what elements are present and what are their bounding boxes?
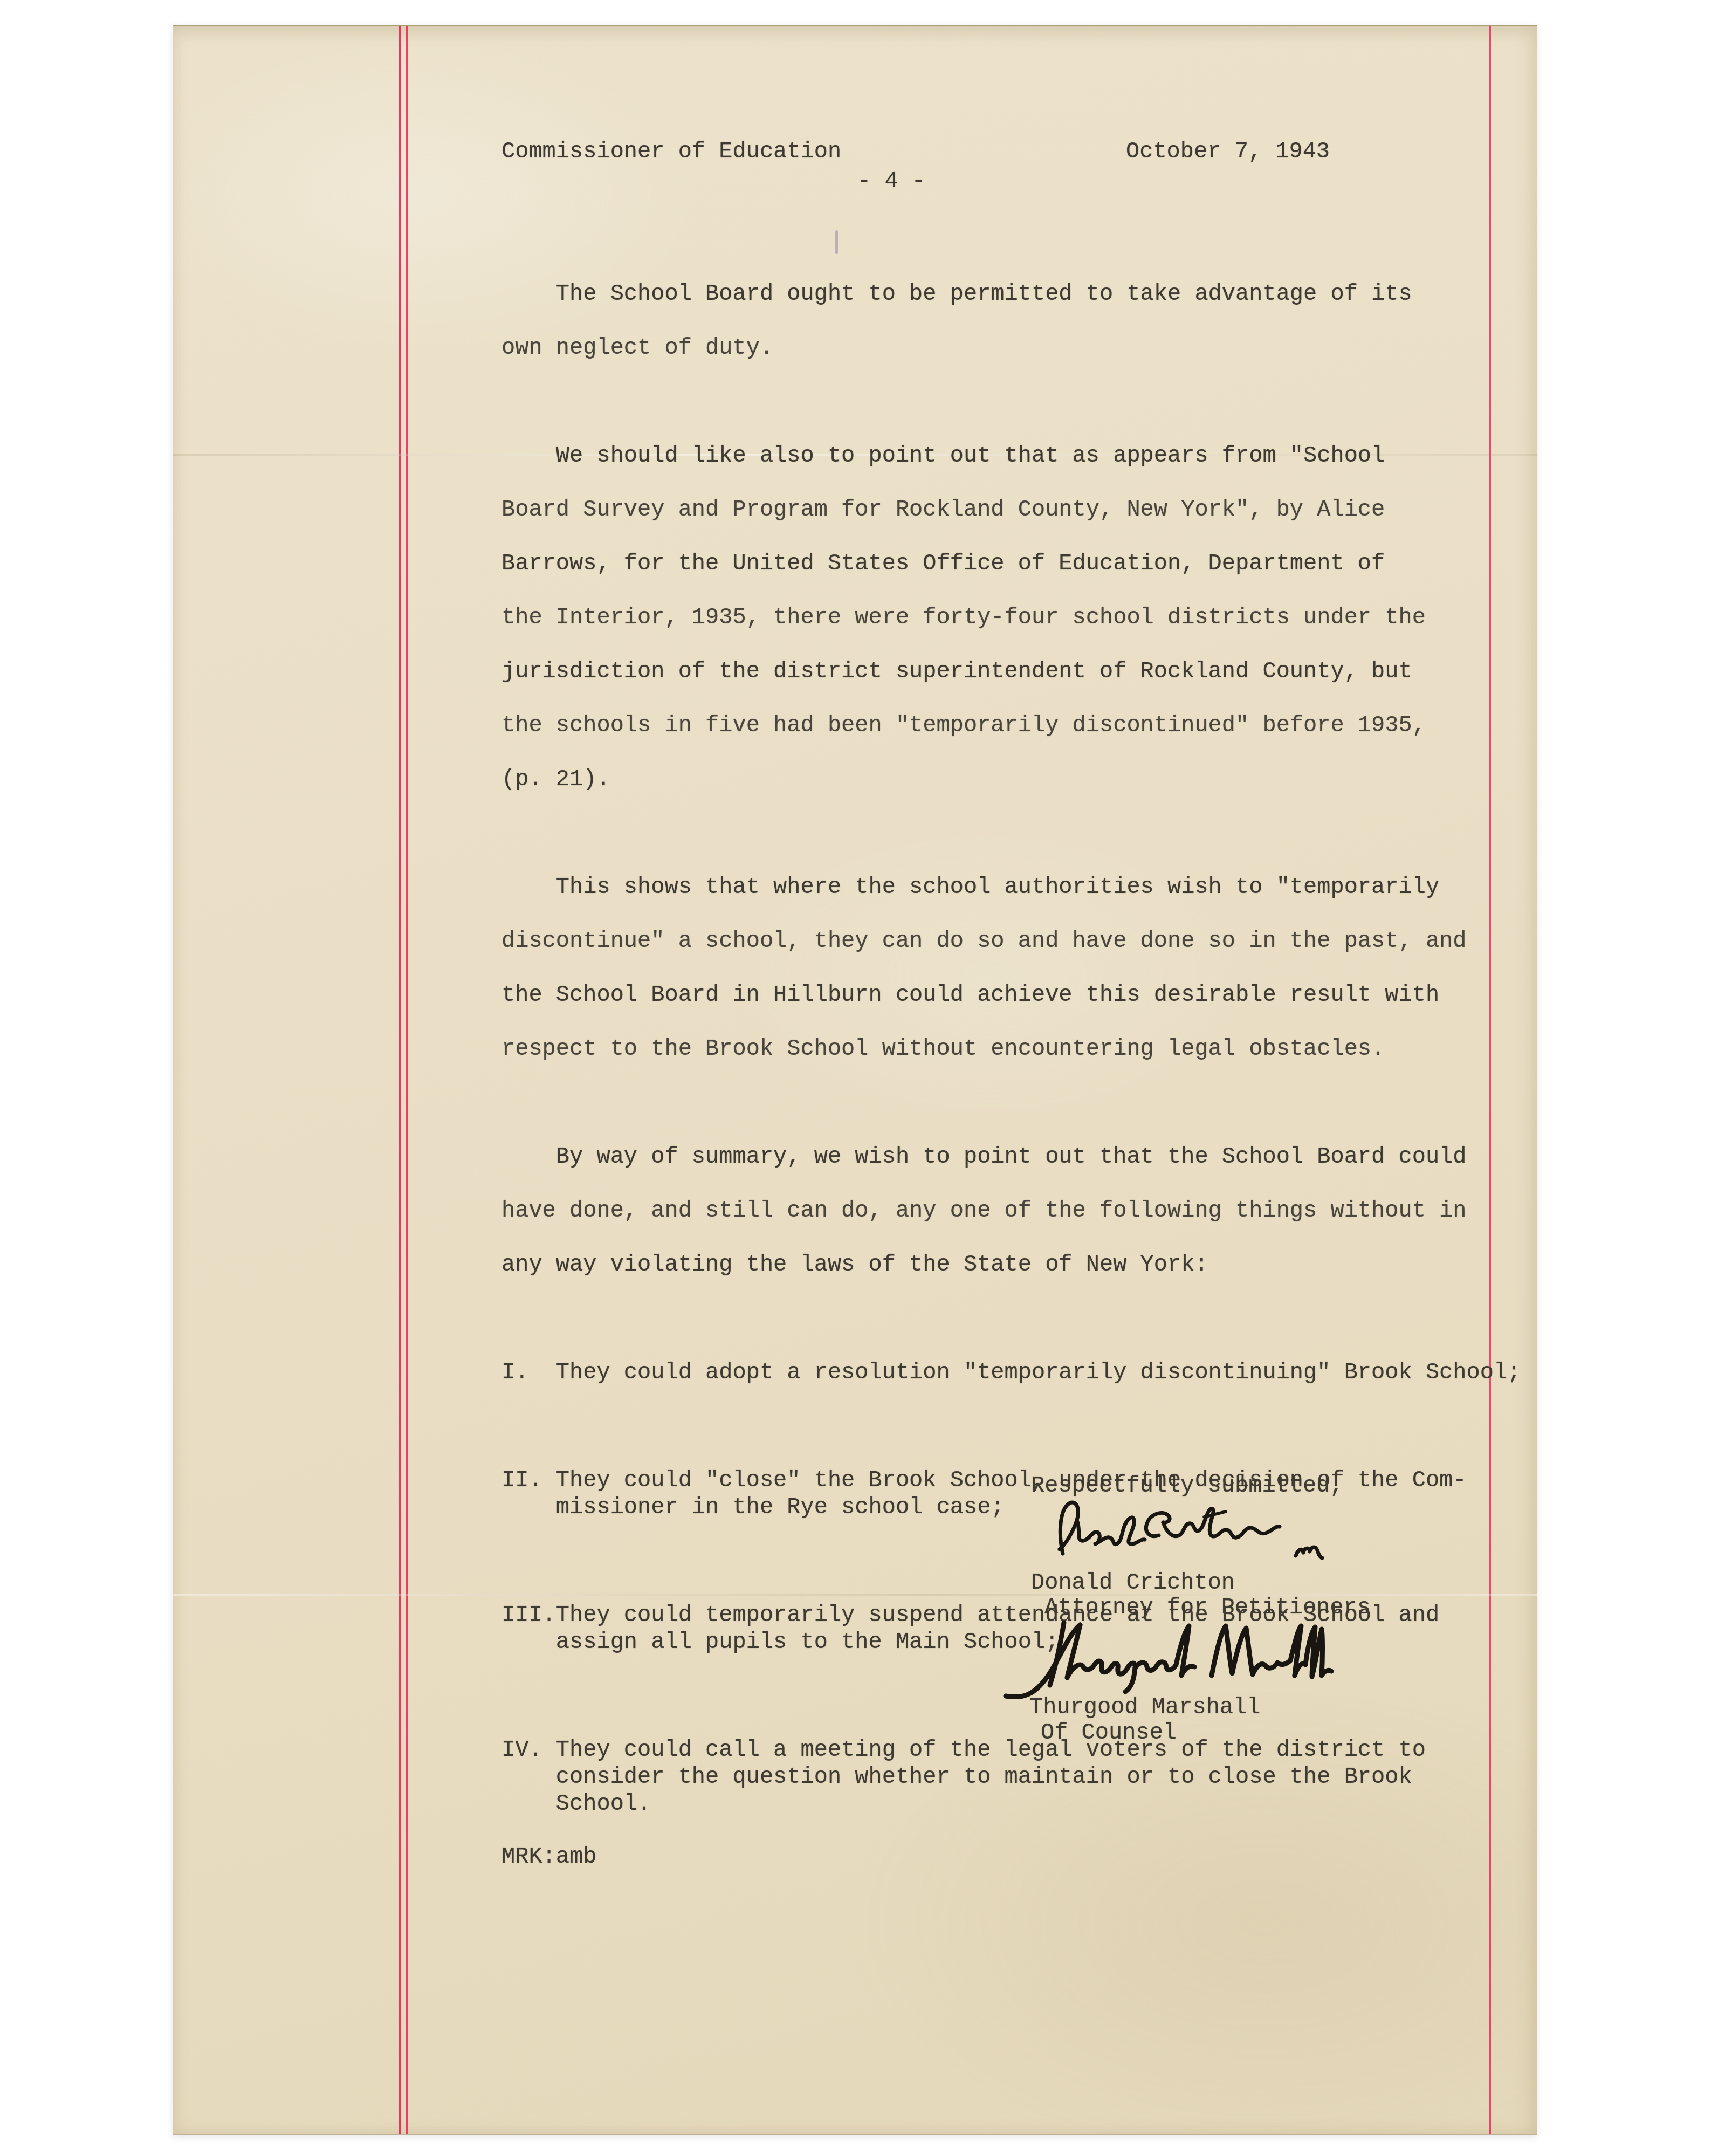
text-line: We should like also to point out that as… — [501, 442, 1558, 469]
page-number: - 4 - — [857, 168, 925, 195]
text-line: the schools in five had been "temporaril… — [501, 712, 1558, 739]
text-line: own neglect of duty. — [501, 334, 1558, 361]
left-margin-rule-inner — [406, 26, 408, 2134]
list-item-4: IV. They could call a meeting of the leg… — [501, 1736, 1558, 1817]
text-line: the Interior, 1935, there were forty-fou… — [501, 604, 1558, 631]
donald-crichton-signature — [1043, 1489, 1345, 1570]
signatory-title: Of Counsel — [1041, 1719, 1177, 1746]
text-line: jurisdiction of the district superintend… — [501, 658, 1558, 685]
left-margin-rule — [399, 26, 401, 2134]
text-line: This shows that where the school authori… — [501, 874, 1558, 901]
list-item-1: I. They could adopt a resolution "tempor… — [501, 1359, 1558, 1386]
document-page: Commissioner of Education October 7, 194… — [173, 25, 1537, 2135]
text-line: By way of summary, we wish to point out … — [501, 1143, 1558, 1170]
text-line: the School Board in Hillburn could achie… — [501, 981, 1558, 1008]
text-line: Board Survey and Program for Rockland Co… — [501, 496, 1558, 523]
typist-reference: MRK:amb — [501, 1843, 596, 1870]
text-line: IV. They could call a meeting of the leg… — [501, 1736, 1558, 1763]
text-line: I. They could adopt a resolution "tempor… — [501, 1359, 1558, 1386]
text-line: (p. 21). — [501, 766, 1558, 793]
signatory-name: Thurgood Marshall — [1029, 1694, 1260, 1721]
signatory-name: Donald Crichton — [1031, 1569, 1235, 1596]
paragraph: This shows that where the school authori… — [501, 874, 1558, 1062]
paragraph: By way of summary, we wish to point out … — [501, 1143, 1558, 1278]
text-line: Barrows, for the United States Office of… — [501, 550, 1558, 577]
text-line: any way violating the laws of the State … — [501, 1251, 1558, 1278]
list-item-2: II. They could "close" the Brook School,… — [501, 1467, 1558, 1521]
text-line: have done, and still can do, any one of … — [501, 1197, 1558, 1224]
text-line: missioner in the Rye school case; — [501, 1494, 1558, 1521]
paragraph: The School Board ought to be permitted t… — [501, 280, 1558, 361]
text-line: II. They could "close" the Brook School,… — [501, 1467, 1558, 1494]
text-line: The School Board ought to be permitted t… — [501, 280, 1558, 307]
text-line: discontinue" a school, they can do so an… — [501, 928, 1558, 955]
text-line: consider the question whether to maintai… — [501, 1763, 1558, 1790]
scan-background: { "document": { "header": { "recipient":… — [0, 0, 1725, 2156]
paragraph: We should like also to point out that as… — [501, 442, 1558, 793]
text-line: respect to the Brook School without enco… — [501, 1035, 1558, 1062]
text-line: School. — [501, 1790, 1558, 1817]
header-recipient: Commissioner of Education — [501, 138, 841, 165]
header-date: October 7, 1943 — [1126, 138, 1330, 165]
